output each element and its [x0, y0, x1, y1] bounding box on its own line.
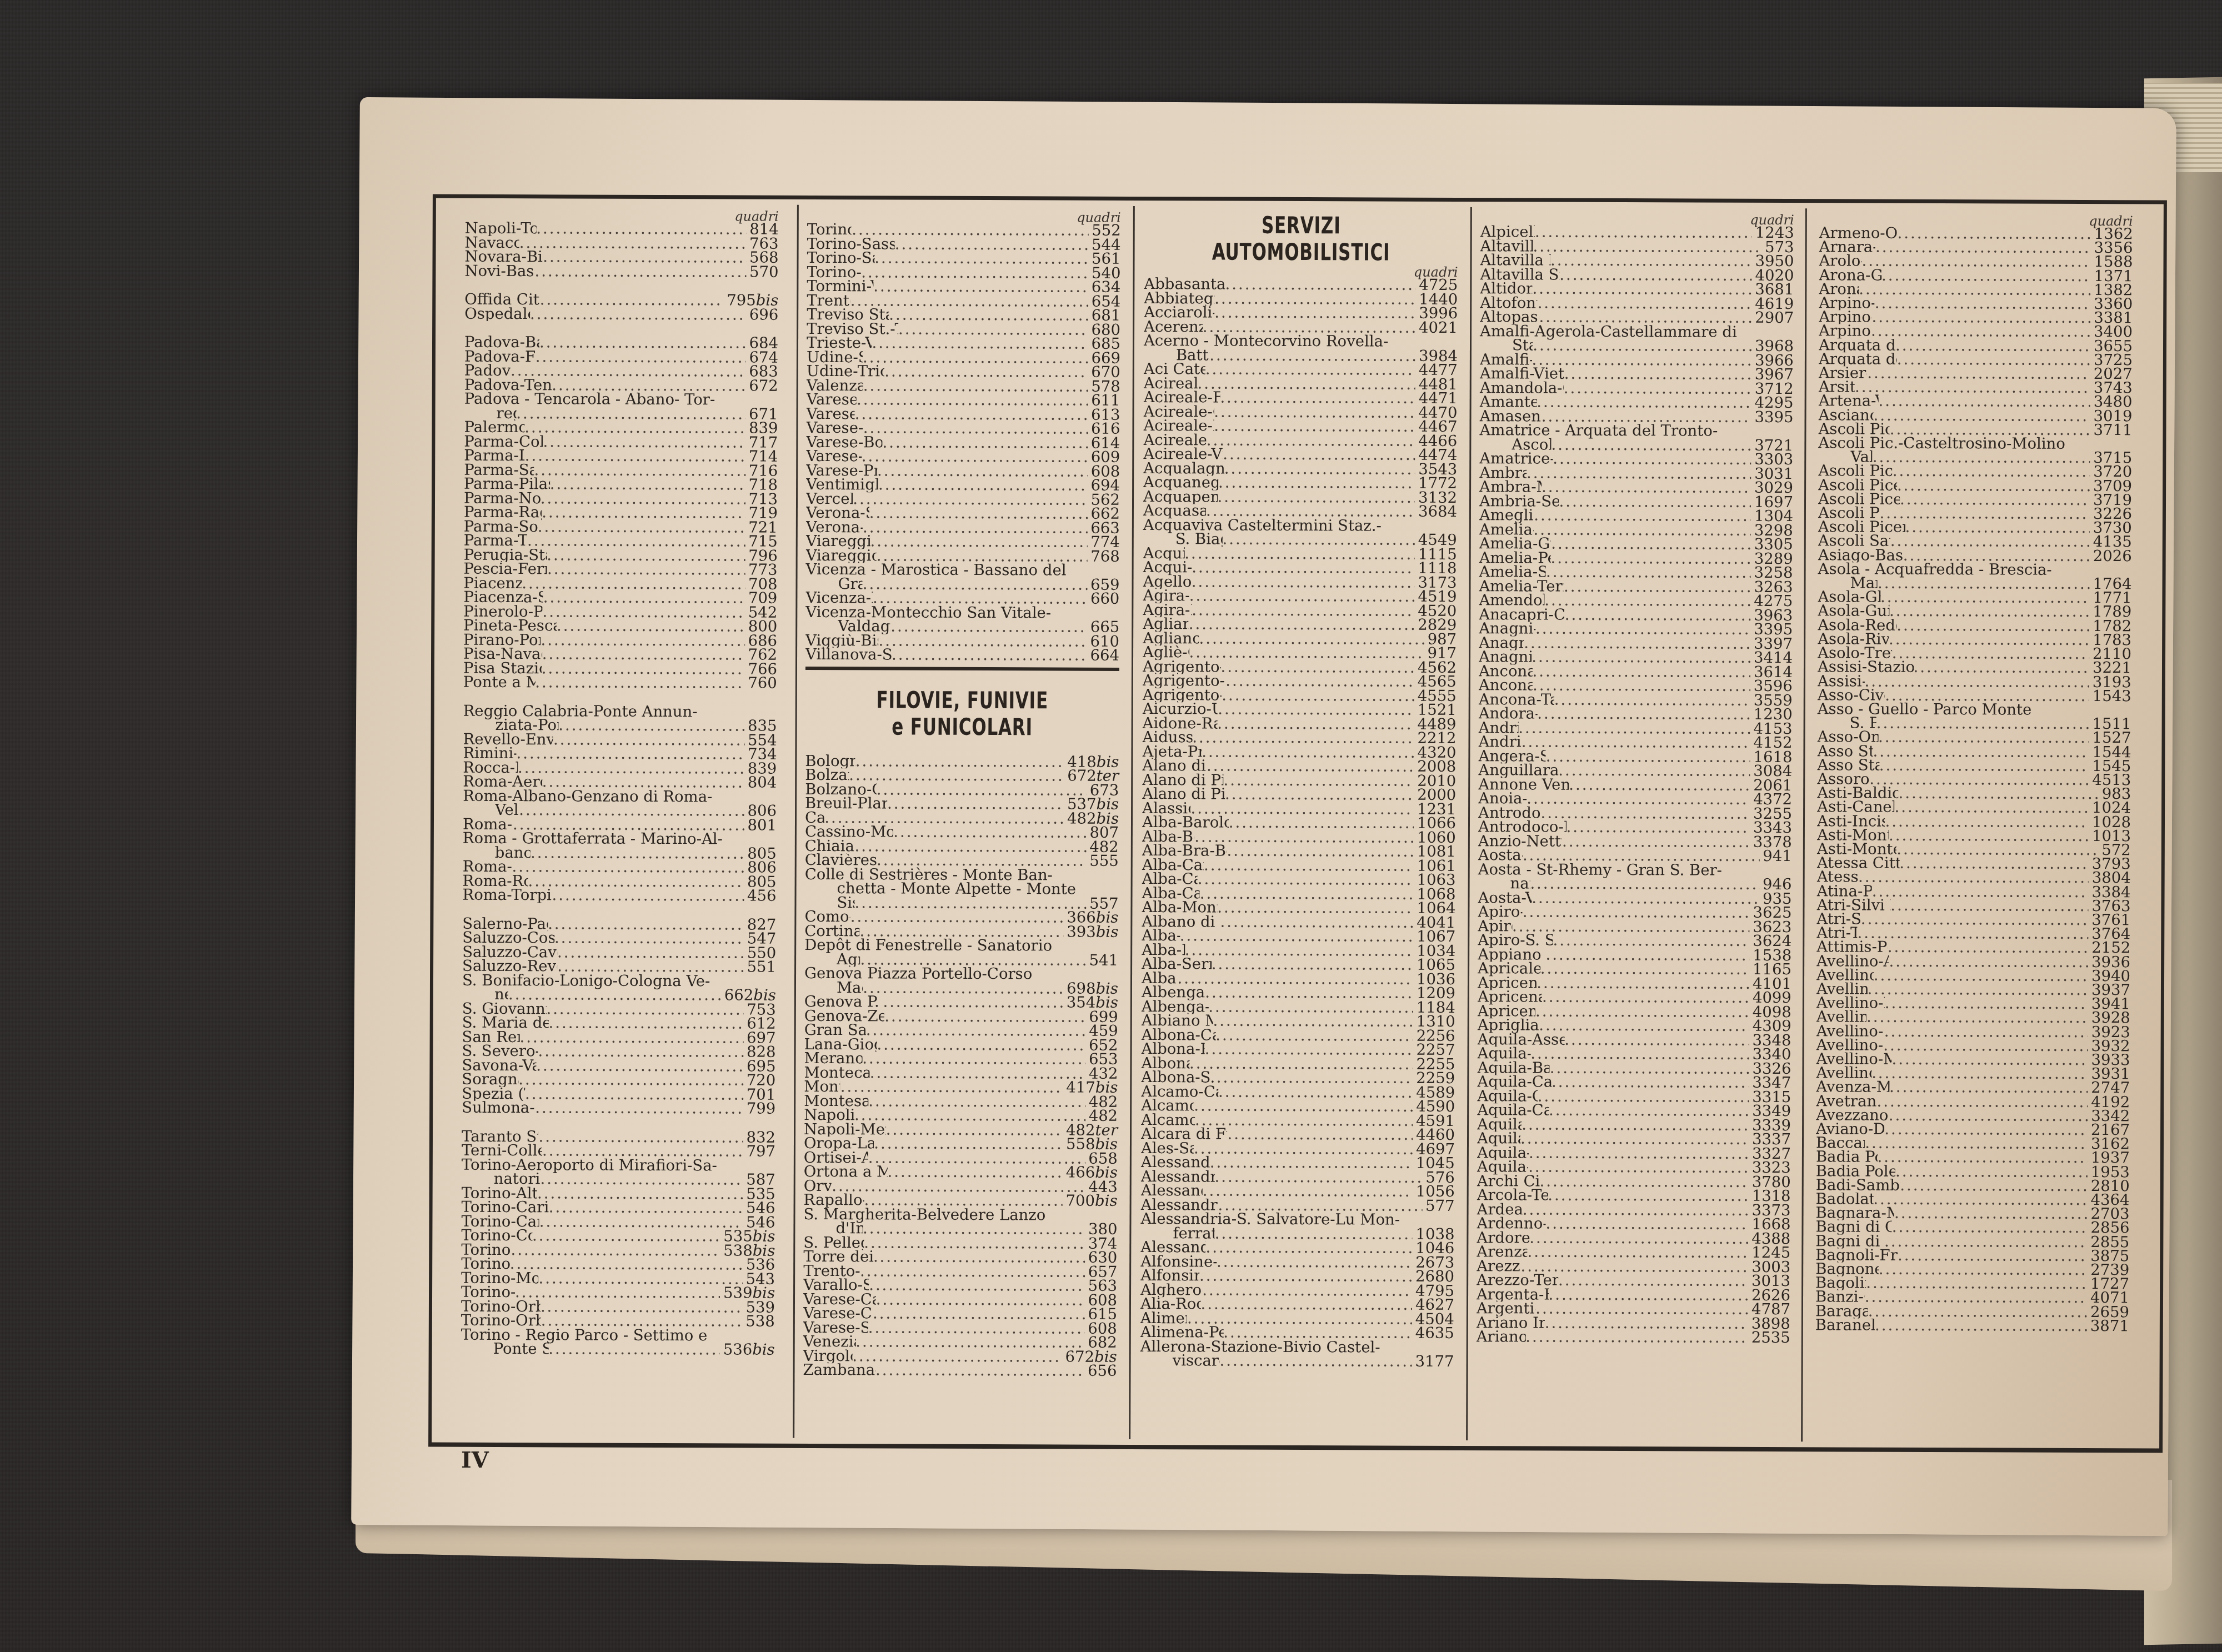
index-entry-line: Padova - Tencarola - Abano- Tor- [464, 392, 778, 407]
dot-leader [540, 1172, 743, 1187]
index-entry: Anagni-Roma3397 [1479, 636, 1793, 651]
index-entry: Trento-Malè654 [807, 293, 1120, 308]
dot-leader [1895, 800, 2089, 815]
route-name: Amantea-Cosenza [1480, 395, 1537, 409]
index-entry: Atri-Stazione3761 [1816, 912, 2130, 927]
dot-leader [518, 761, 744, 776]
route-name: Alba-Bra-Benevagienna-Cuneo [1142, 844, 1227, 858]
dot-leader [854, 1108, 1085, 1123]
route-name: Perugia-Stazione ferroviaria [464, 548, 547, 562]
index-entry: Asola-Redondesco-Mantova1782 [1818, 618, 2131, 633]
index-entry: Alano di Piave-Feltre2008 [1142, 759, 1456, 774]
dot-leader [870, 534, 1088, 549]
index-entry: Aquila-Assergi-Funivia G. Sasso3348 [1478, 1033, 1791, 1048]
quadro-number: 700 [1066, 1192, 1095, 1210]
dot-leader [1879, 1263, 2088, 1278]
dot-leader [1897, 478, 2090, 493]
route-name: Arpino-Stazione [1819, 324, 1871, 339]
quadro-number: 656 [1088, 1362, 1117, 1380]
quadri-column-header: quadri [465, 209, 779, 223]
route-name: S. Pellegrino Vetta [803, 1235, 864, 1250]
route-name: Asolo-Trevignano-Treviso [1818, 646, 1892, 660]
index-entry: Agrigento-Marina di S. Leone4565 [1143, 674, 1457, 689]
index-entry: Aquila-Scoppito3327 [1477, 1146, 1791, 1161]
dot-leader [1215, 1028, 1413, 1043]
route-name: Aprigliano-Stazione [1478, 1018, 1539, 1033]
dot-leader [855, 754, 1064, 769]
dot-leader [863, 981, 1063, 996]
route-name: Avellino-Montevergine [1816, 996, 1885, 1010]
route-name: Bagolino-Gaver [1815, 1276, 1866, 1290]
quadro-number: 2907 [1755, 309, 1794, 327]
section-title-filovie: FILOVIE, FUNIVIE [834, 687, 1091, 714]
route-name: Angera-Sesto Calende [1478, 749, 1545, 764]
dot-leader [1522, 735, 1750, 750]
index-entry: Alpicella-Varazze1243 [1480, 225, 1794, 240]
index-entry: S. Severo-Torremaggiore828 [462, 1044, 776, 1059]
route-name: Montenero [804, 1080, 840, 1094]
dot-leader [1888, 940, 2089, 955]
route-name: Varese-Campo dei Fiori [803, 1292, 876, 1306]
route-name: Amalfi-Vietri sul Mare-Salerno [1480, 367, 1564, 381]
route-name: Rocca-Monreale [463, 760, 518, 775]
index-entry: Pisa-Navacchio-Pontedera762 [463, 647, 777, 662]
index-entry: Taranto Staz.-Città-Solito832 [462, 1129, 775, 1144]
quadro-number: 1543 [2093, 687, 2131, 705]
index-entry: Valloni3715 [1818, 450, 2132, 465]
index-entry: Ponte Stura-Bertoulla536bis [461, 1342, 775, 1357]
dot-leader [522, 577, 745, 592]
route-name: Mantova [1850, 577, 1878, 590]
index-entry: Arpino-Frosinone3360 [1819, 296, 2133, 311]
route-name: Apiro-Cingoli [1478, 905, 1522, 919]
dot-leader [1558, 764, 1750, 779]
route-name: Alba-Sinio [1142, 972, 1178, 986]
dot-leader [1550, 1061, 1749, 1076]
route-name: Avetrana-Manduria [1816, 1094, 1876, 1109]
dot-leader [1218, 1085, 1413, 1100]
dot-leader [1225, 788, 1414, 803]
dot-leader [1562, 834, 1750, 849]
dot-leader [866, 1023, 1085, 1038]
index-entry: Padova-Piove683 [464, 364, 778, 379]
dot-leader [1535, 622, 1750, 637]
index-entry: Acireale-Viagrande-Nicolosi4474 [1143, 447, 1457, 462]
dot-leader [1207, 759, 1414, 774]
route-name: Venezia-Mestre [803, 1335, 856, 1349]
route-name: Padova-Bagnoli di Sopra [464, 336, 539, 350]
dot-leader [1207, 433, 1415, 448]
route-name: Asti-Baldichieri-Cortazzone [1817, 786, 1899, 800]
table-reference-number: 3177 [1412, 1355, 1454, 1369]
route-name: neta [494, 988, 508, 1002]
dot-leader [527, 534, 745, 549]
index-entry: Avenza-Massa Marittima2747 [1816, 1080, 2130, 1095]
route-name: Antrodoco-Amatrice [1478, 806, 1541, 820]
index-entry-line: Asola - Acquafredda - Brescia- [1818, 562, 2132, 577]
index-entry: Varese-Angera611 [807, 393, 1120, 408]
dot-leader [863, 520, 1087, 535]
dot-leader [1554, 693, 1750, 708]
dot-leader [1222, 688, 1414, 703]
dot-leader [1529, 1231, 1748, 1246]
route-name: Appiano Gentile-Como [1478, 948, 1546, 962]
route-name: Acqui-Bagni [1143, 547, 1185, 561]
index-entry: Acireale-S. Venerina4466 [1143, 433, 1457, 448]
index-entry-line: Amatrice - Arquata del Tronto- [1479, 423, 1793, 438]
index-entry: Arona-Intra1382 [1819, 282, 2133, 297]
index-entry: Aprigliano-Stazione4309 [1478, 1018, 1791, 1033]
dot-leader [541, 1300, 743, 1315]
route-name: Amelia-Terni-Monte Terminillo [1479, 579, 1564, 594]
route-name: Alcamo-Palermo [1141, 1099, 1194, 1113]
dot-leader [1880, 507, 2090, 522]
dot-leader [1885, 814, 2089, 829]
index-table-frame: quadriNapoli-Torre del Greco814Navacchio… [428, 194, 2167, 1453]
route-name: Ariano-Ferrara [1477, 1330, 1526, 1344]
route-name: Aquila-Capitignano [1477, 1089, 1538, 1104]
table-reference-number: 570 [746, 265, 779, 279]
dot-leader [538, 1271, 742, 1286]
dot-leader [1544, 594, 1750, 609]
index-entry: Asti-Montaldo Scarampi1013 [1817, 828, 2131, 843]
route-name: Annone Veneto-S.Stino di Livenza [1478, 778, 1569, 792]
index-entry: S. Biagio Platani4549 [1143, 532, 1457, 547]
index-entry: Badia Polesine-Este1937 [1816, 1150, 2130, 1165]
route-name: Ancona-Tavernelle-Varano [1479, 693, 1554, 707]
route-name: Ardenno-Bagni Masino [1477, 1217, 1545, 1231]
index-entry: Aidone-Raddusa-Stazione4489 [1143, 717, 1457, 732]
dot-leader [1195, 1113, 1413, 1128]
route-name: Aquila-Assergi-Funivia G. Sasso [1478, 1033, 1565, 1047]
route-name: Soragna-Fidenza [462, 1073, 518, 1087]
index-entry: Bolzano-Colle672ter [805, 768, 1119, 783]
route-name: Aquila-Avezzano [1478, 1047, 1531, 1061]
dot-leader [1525, 1330, 1748, 1345]
index-entry: Antrodoco-Montereale-Amatrice3343 [1478, 820, 1792, 835]
route-name: Badia Polesine-Este [1816, 1150, 1878, 1165]
dot-leader [872, 336, 1088, 351]
dot-leader [854, 896, 1086, 911]
index-entry: Altavilla Irpina-Avellino3950 [1480, 253, 1794, 268]
route-name: Alba-Carmagnola [1142, 872, 1198, 887]
route-name: Altavilla Silentina-Albanella [1480, 268, 1559, 282]
dot-leader [1855, 381, 2090, 396]
dot-leader [889, 308, 1088, 323]
index-entry: Anoia-Rosarno4372 [1478, 792, 1792, 807]
index-entry: Treviso St.-Treviso Porta Cavour680 [807, 322, 1120, 337]
route-name: Apricena-Ingarano [1478, 976, 1537, 990]
route-name: Avellino-Quindici-Nola [1816, 1024, 1884, 1039]
route-name: Novi-Basaluzzo-Ovada [464, 264, 534, 278]
dot-leader [1205, 362, 1415, 377]
route-name: Apiro-Jesi [1478, 919, 1512, 934]
route-name: Asti-Incisa Scapaccino [1817, 814, 1885, 829]
route-name: Amelia-Guardea-Orvieto [1479, 537, 1552, 551]
index-entry: Agrigento-Porto Empedocle4555 [1143, 688, 1457, 703]
index-entry: Aviano-Dardago-Sacile2167 [1816, 1122, 2130, 1137]
dot-leader [1225, 278, 1415, 293]
index-entry: Stabia3968 [1480, 338, 1794, 353]
index-entry: Villanova-S. Giovanni Ilarione664 [805, 648, 1119, 663]
route-name: Asti-Canelli-Bubbio-Vesime [1817, 800, 1895, 815]
index-entry: Arpino-Isola Liri3381 [1819, 310, 2133, 325]
dot-leader [890, 619, 1087, 634]
route-name: Saluzzo-Costigliole-Busca-Cuneo [462, 931, 554, 945]
dot-leader [1865, 1137, 2088, 1152]
route-name: Bologna-S. Luca [805, 754, 855, 768]
dot-leader [546, 1002, 743, 1017]
index-entry: Ambra-Arezzo3031 [1479, 466, 1793, 481]
index-entry: Aosta-Valpelline935 [1478, 891, 1791, 906]
quadri-column-header: quadri [1144, 265, 1458, 278]
dot-leader [892, 648, 1087, 663]
dot-leader [541, 492, 745, 507]
dot-leader [1522, 1118, 1749, 1133]
route-name: Offida Città-Offida Stazione [464, 293, 540, 307]
route-name: Andria-Trani [1478, 735, 1521, 749]
dot-leader [1900, 493, 2090, 507]
dot-leader [536, 1059, 743, 1074]
dot-leader [1895, 1164, 2088, 1179]
route-name: Badia Polesine-Montagnana [1816, 1164, 1895, 1179]
dot-leader [1523, 905, 1750, 920]
index-entry: Alba-Barolo-Novello-Monchiero1066 [1142, 815, 1456, 830]
route-name: Atri-Teramo [1816, 926, 1857, 940]
route-name: Altavilla-Casale [1480, 239, 1533, 254]
index-entry: Ascoli Piceno-Piane Falerone3719 [1818, 492, 2132, 507]
route-name: Revello-Envie-Barge (Autoserv.) [463, 732, 553, 747]
route-name: Alfonsine-Fusignano-Lugo [1140, 1255, 1217, 1269]
quadro-number: 456 [747, 887, 777, 905]
route-name: San Remo-Taggia [462, 1030, 520, 1044]
table-reference-number: 799 [743, 1102, 776, 1117]
index-entry: Assoro-Stazione4513 [1817, 772, 2131, 787]
table-reference-number: 551 [744, 960, 777, 975]
dot-leader [1198, 872, 1414, 887]
dot-leader [543, 590, 745, 605]
route-name: Pisa Stazione-Pisa Duomo [463, 661, 542, 675]
route-name: Alghero-Giave Staz. [1140, 1283, 1202, 1298]
route-name: Amelia-Avigliano [1479, 523, 1534, 537]
route-name: Baragazza-Riola [1815, 1304, 1868, 1319]
route-name: Arpino-Frosinone [1819, 296, 1875, 311]
dot-leader [1867, 367, 2090, 382]
route-name: Aosta-Valpelline [1478, 891, 1532, 905]
index-entry: Parma-Langhirano714 [464, 449, 778, 464]
dot-leader [1201, 1297, 1412, 1312]
dot-leader [525, 449, 745, 464]
dot-leader [1878, 577, 2090, 592]
index-entry-line: Allerona-Stazione-Bivio Castel- [1140, 1340, 1454, 1355]
route-name: Asti-Montaldo Scarampi [1817, 828, 1889, 843]
dot-leader [1217, 717, 1414, 732]
dot-leader [1857, 927, 2088, 942]
route-name: Asti-Montemagno-Altavilla [1817, 842, 1896, 857]
dot-leader [1535, 225, 1752, 240]
index-entry: Avellino-Montevergine3941 [1816, 996, 2130, 1011]
dot-leader [1214, 419, 1415, 434]
dot-leader [1229, 816, 1414, 831]
route-name: Torino-Cumiana [461, 1243, 511, 1257]
dot-leader [552, 888, 744, 903]
index-entry: Alba-Carmagnola1063 [1142, 872, 1456, 887]
index-entry: Parma-Traversetolo715 [464, 534, 778, 549]
dot-leader [1871, 311, 2090, 326]
dot-leader [869, 506, 1088, 521]
index-entry: Asola-Ghedi-Brescia1771 [1818, 590, 2131, 605]
dot-leader [1892, 1220, 2088, 1235]
index-column-1: quadriNapoli-Torre del Greco814Navacchio… [461, 209, 779, 1433]
index-entry: Tormini-Vestone-Idro634 [807, 279, 1120, 294]
route-name: Udine-Tricesimo-Tarcento [807, 364, 885, 379]
route-name: Napoli-Torre del Greco [465, 222, 537, 236]
route-name: Ascoli Piceno-Montegallo [1818, 464, 1893, 479]
dot-leader [1889, 828, 2089, 843]
route-name: Varese-Angera [807, 393, 857, 407]
index-entry: Aquila-Capitignano3315 [1477, 1089, 1791, 1104]
route-name: nardo [1510, 877, 1530, 891]
route-name: Trento-Sardagna [803, 1264, 860, 1278]
quadro-number: 577 [1425, 1197, 1455, 1214]
index-entry: Bagnone-Pontremoli2739 [1815, 1262, 2129, 1277]
dot-leader [1889, 954, 2089, 969]
index-entry: Acquapendente-Montalto3132 [1143, 490, 1457, 505]
route-name: Montesanto-Vomero [804, 1094, 868, 1108]
dot-leader [1546, 948, 1750, 963]
route-name: Alpicella-Varazze [1480, 225, 1535, 239]
route-name: Arezzo-Siena [1477, 1259, 1520, 1274]
index-entry: Avellino-Morra de Sanctis3933 [1816, 1052, 2130, 1067]
index-entry: Acireale-Riposto-Giarre4467 [1143, 419, 1457, 434]
route-name: Aquila-Capestrano-Popoli [1477, 1075, 1552, 1089]
column-divider [1129, 206, 1135, 1439]
index-entry: Amantea-Cosenza4295 [1480, 395, 1794, 410]
route-name: Acqualagna-Città di Castello [1143, 462, 1224, 476]
route-name: Anacapri-Capri-Marina Grande [1479, 608, 1564, 622]
dot-leader [873, 1250, 1085, 1265]
route-name: Alba-Castellinaldo [1142, 887, 1200, 901]
dot-leader [538, 1044, 743, 1059]
index-entry: Velletri806 [463, 803, 777, 818]
route-name: Arona-Gozzano-Artò [1819, 268, 1881, 283]
dot-leader [1858, 870, 2089, 885]
index-entry: Revello-Envie-Barge (Autoserv.)554 [463, 732, 777, 747]
dot-leader [1185, 943, 1413, 958]
route-name: Aquila-Barisciano-Popoli [1477, 1061, 1549, 1075]
dot-leader [883, 435, 1088, 450]
index-entry: Amelia-Guardea-Orvieto3305 [1479, 537, 1793, 552]
index-entry: Attimis-Povoletto-Udine2152 [1816, 940, 2130, 955]
route-name: Breuil-Plan Maison (Belvedere) [805, 797, 887, 811]
dot-leader [542, 647, 745, 662]
index-entry: Alassio-Moglio1231 [1142, 802, 1456, 817]
route-name: Parma-Sala-Marzolara [464, 463, 534, 477]
dot-leader [548, 917, 744, 932]
index-entry: Atina-Pontecorvo3384 [1817, 884, 2131, 899]
index-entry-line: Amalfi-Agerola-Castellammare di [1480, 324, 1794, 339]
dot-leader [855, 839, 1087, 854]
dot-leader [1214, 405, 1415, 420]
index-entry: Ponte a Moriano-Lucca760 [463, 675, 777, 690]
dot-leader [884, 1009, 1085, 1024]
route-name: Napoli-Mergellina-PosillipoAlto [804, 1122, 886, 1137]
index-entry: Ospedaletti-S. Remo696 [464, 307, 778, 322]
index-entry: Asti-Baldichieri-Cortazzone983 [1817, 786, 2131, 801]
route-name: Parma-Soragna-Busseto [464, 519, 538, 534]
dot-leader [1549, 1288, 1749, 1303]
index-entry: Roma-Lanuvio806 [463, 860, 777, 875]
index-entry: Ardea-Albano3373 [1477, 1203, 1791, 1218]
route-name: Merano-Avelengo [804, 1052, 862, 1066]
dot-leader [1199, 632, 1424, 647]
dot-leader [525, 1087, 743, 1102]
index-entry: Parma-Soragna-Busseto721 [464, 519, 778, 534]
dot-leader [1220, 1354, 1412, 1369]
route-name: Asola-Ghedi-Brescia [1818, 590, 1880, 605]
dot-leader [1194, 830, 1414, 845]
dot-leader [553, 733, 744, 748]
route-name: Aquila-Scoppito [1477, 1146, 1529, 1160]
dot-leader [520, 1030, 744, 1045]
index-entry: Altavilla-Casale573 [1480, 239, 1794, 254]
index-entry: Anzio-Nettuno-Sezze-Priverno3378 [1478, 834, 1792, 849]
route-name: Parma-Langhirano [464, 449, 525, 463]
route-name: Avenza-Massa Marittima [1816, 1080, 1889, 1095]
route-name: Abbiategrasso-Legnano [1144, 292, 1214, 306]
quadro-number: 3871 [2090, 1317, 2129, 1335]
dot-leader [1192, 575, 1415, 590]
route-name: Amatrice-Cornillo Nuovo [1479, 452, 1553, 466]
route-name: Valdagno-Recoaro [838, 619, 890, 634]
index-entry: Battipaglia3984 [1144, 348, 1458, 363]
route-name: Alba-Monforte-Monchiero [1142, 900, 1217, 915]
dot-leader [557, 619, 745, 634]
route-name: Argentiera-Sassari [1477, 1301, 1536, 1316]
route-name: Alba-Serralunga d'Alba [1142, 957, 1212, 972]
index-entry-line: Ascoli Pic.-Casteltrosino-Molino [1818, 436, 2132, 451]
index-entry: Amelia-Stazioni Narni3258 [1479, 565, 1793, 580]
route-name: Udine-S. Daniele [807, 350, 863, 364]
quadro-number: 4635 [1415, 1324, 1454, 1342]
table-reference-number: 700bis [1063, 1194, 1118, 1209]
dot-leader [1198, 377, 1415, 392]
route-name: Varese-Prima Cappella [806, 463, 877, 478]
dot-leader [1879, 758, 2089, 773]
letter-group-gap [462, 902, 776, 918]
index-entry: Alfonsine-Fusignano-Lugo2673 [1140, 1255, 1454, 1270]
route-name: Alba-Rodello [1142, 943, 1185, 958]
dot-leader [1530, 1047, 1749, 1062]
index-entry-line: Alessandria-S. Salvatore-Lu Mon- [1140, 1212, 1454, 1227]
index-entry: Alfonsine-Stazione2680 [1140, 1269, 1454, 1284]
index-entry: Spezia (Tramvie di)701 [462, 1087, 775, 1102]
index-entry-line: Vicenza - Marostica - Bassano del [806, 563, 1120, 578]
index-entry: Bagolino-Gaver1727 [1815, 1276, 2129, 1291]
route-name: Ascoli Piceno-Piane Falerone [1818, 492, 1900, 507]
index-entry: Navacchio-Calci763 [465, 236, 779, 251]
route-name: Amendolara-Stazione [1479, 593, 1544, 608]
index-entry: Acireale-Catania4481 [1144, 377, 1458, 392]
index-entry: natorio S. Luigi587 [462, 1172, 775, 1187]
route-name: Agira-Catania [1143, 589, 1189, 603]
route-name: Andora-Stellanello [1479, 707, 1538, 721]
route-name: Bolzano-Gries-Guncinà [805, 782, 877, 797]
quadro-number: 3177 [1415, 1353, 1454, 1370]
index-entry: Badia Polesine-Montagnana1953 [1816, 1164, 2130, 1179]
table-reference-number: 3711 [2090, 423, 2132, 437]
quadro-number: 799 [747, 1100, 776, 1118]
